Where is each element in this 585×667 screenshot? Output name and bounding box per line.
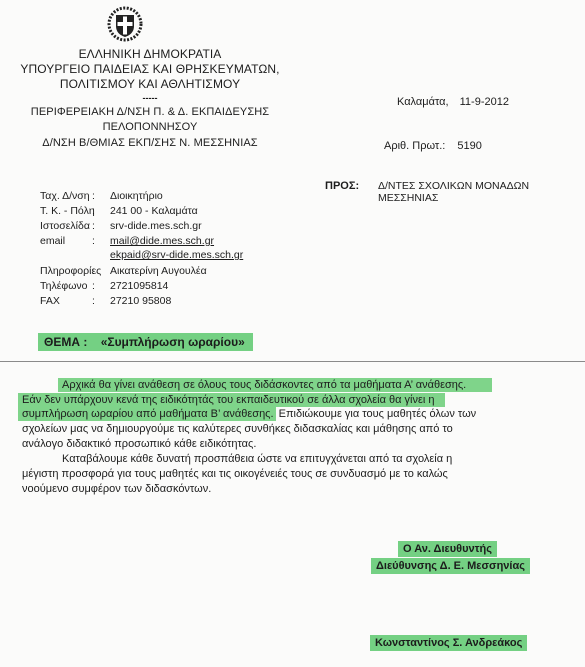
place-date: Καλαμάτα, 11-9-2012 — [397, 96, 509, 108]
contact-label: Ταχ. Δ/νση — [40, 190, 90, 202]
date-value: 11-9-2012 — [460, 96, 509, 108]
signature-title: Ο Αν. Διευθυντής — [398, 541, 497, 557]
page-divider — [0, 361, 585, 362]
subject-value: «Συμπλήρωση ωραρίου» — [101, 335, 245, 349]
header-line-republic: ΕΛΛΗΝΙΚΗ ΔΗΜΟΚΡΑΤΙΑ — [0, 47, 300, 61]
protocol-label: Αριθ. Πρωτ.: — [384, 140, 445, 152]
header-line-peloponnese: ΠΕΛΟΠΟΝΝΗΣΟΥ — [0, 121, 300, 133]
body-line-3-rest: Επιδιώκουμε για τους μαθητές όλων των — [276, 408, 477, 420]
subject-line: ΘΕΜΑ : «Συμπλήρωση ωραρίου» — [38, 333, 253, 351]
header-line-ministry-2: ΠΟΛΙΤΙΣΜΟΥ ΚΑΙ ΑΘΛΗΤΙΣΜΟΥ — [0, 77, 300, 91]
contact-value: Διοικητήριο — [110, 190, 163, 202]
body-line-6: Καταβάλουμε κάθε δυνατή προσπάθεια ώστε … — [62, 453, 452, 465]
header-line-ministry: ΥΠΟΥΡΓΕΙΟ ΠΑΙΔΕΙΑΣ ΚΑΙ ΘΡΗΣΚΕΥΜΑΤΩΝ, — [0, 62, 300, 76]
recipient-label: ΠΡΟΣ: — [325, 180, 359, 192]
body-line-8: νοούμενο συμφέρον των διδασκόντων. — [22, 483, 211, 495]
place-label: Καλαμάτα, — [397, 96, 449, 108]
body-line-1: Αρχικά θα γίνει ανάθεση σε όλους τους δι… — [58, 378, 492, 392]
protocol-number: Αριθ. Πρωτ.: 5190 — [384, 140, 482, 152]
email-link-2[interactable]: ekpaid@srv-dide.mes.sch.gr — [110, 249, 243, 261]
subject-label: ΘΕΜΑ : — [44, 335, 87, 349]
body-line-4: σχολείων μας να δημιουργούμε τις καλύτερ… — [22, 423, 453, 435]
header-line-directorate: Δ/ΝΣΗ Β/ΘΜΙΑΣ ΕΚΠ/ΣΗΣ Ν. ΜΕΣΣΗΝΙΑΣ — [0, 137, 300, 149]
protocol-value: 5190 — [457, 140, 481, 152]
body-line-5: ανάλογο διδακτικό προσωπικό κάθε ειδικότ… — [22, 438, 256, 450]
website-link[interactable]: srv-dide.mes.sch.gr — [110, 220, 202, 232]
body-line-3: συμπλήρωση ωραρίου από μαθήματα Β’ ανάθε… — [18, 408, 476, 420]
signature-department: Διεύθυνσης Δ. Ε. Μεσσηνίας — [371, 558, 530, 574]
greek-coat-of-arms-icon — [107, 6, 143, 42]
body-line-3-highlight: συμπλήρωση ωραρίου από μαθήματα Β’ ανάθε… — [18, 407, 276, 421]
signature-name: Κωνσταντίνος Σ. Ανδρεάκος — [370, 635, 527, 651]
header-line-regional: ΠΕΡΙΦΕΡΕΙΑΚΗ Δ/ΝΣΗ Π. & Δ. ΕΚΠΑΙΔΕΥΣΗΣ — [0, 106, 300, 118]
email-link-1[interactable]: mail@dide.mes.sch.gr — [110, 235, 214, 247]
body-line-7: μέγιστη προσφορά για τους μαθητές και τι… — [22, 468, 448, 480]
body-line-2: Εάν δεν υπάρχουν κενά της ειδικότητάς το… — [18, 393, 445, 407]
header-divider: ----- — [0, 95, 300, 101]
recipient-value: Δ/ΝΤΕΣ ΣΧΟΛΙΚΩΝ ΜΟΝΑΔΩΝ ΜΕΣΣΗΝΙΑΣ — [378, 180, 585, 204]
